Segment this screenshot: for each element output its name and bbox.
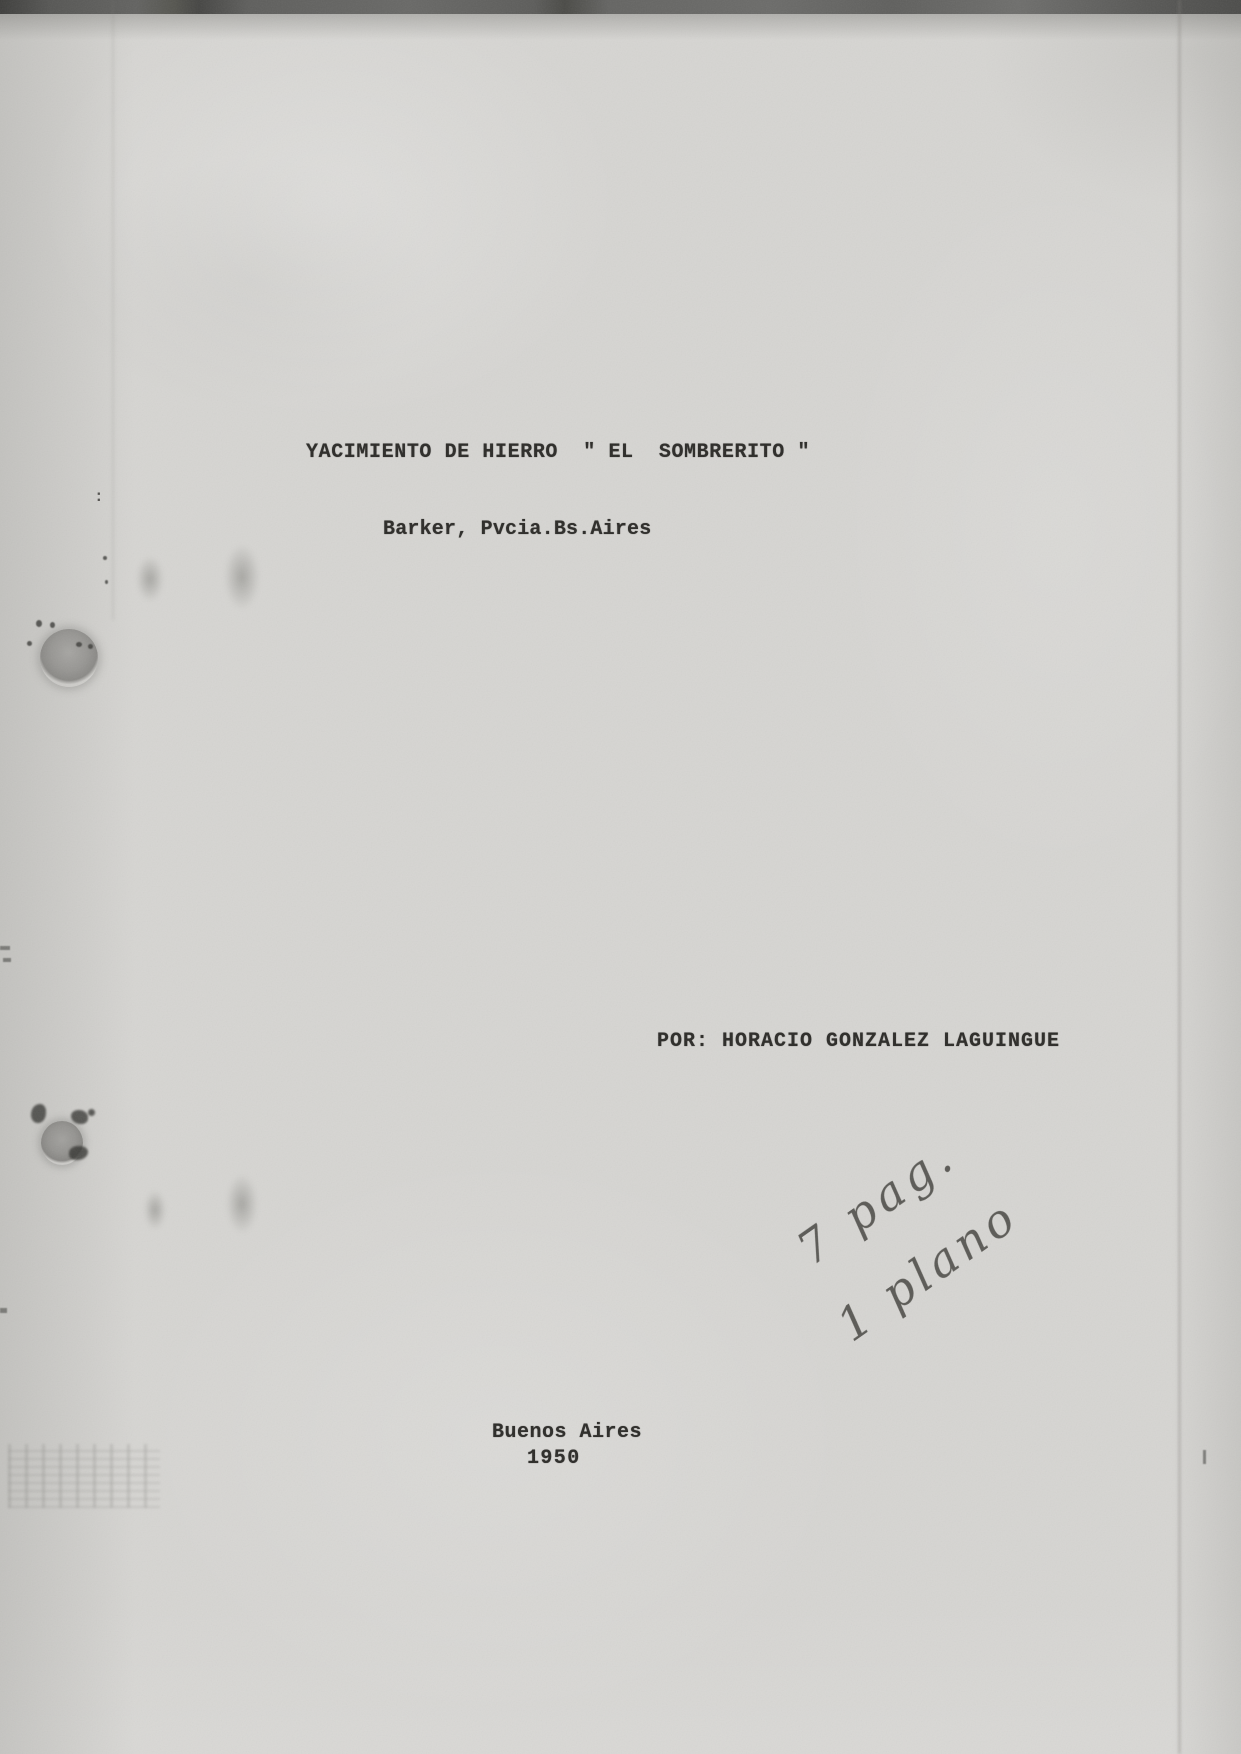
ink-speck bbox=[76, 642, 82, 647]
stray-ink-colon: : bbox=[94, 488, 104, 506]
punch-hole-top bbox=[40, 629, 98, 687]
paper-crease bbox=[112, 0, 114, 620]
ink-speck bbox=[88, 644, 93, 649]
ink-smudge bbox=[224, 544, 260, 610]
edge-mark bbox=[0, 946, 10, 950]
ink-speck bbox=[103, 556, 107, 560]
ink-blob bbox=[69, 1146, 88, 1160]
ink-speck bbox=[36, 620, 42, 627]
scan-top-edge bbox=[0, 0, 1241, 14]
ink-smudge bbox=[226, 1174, 258, 1234]
ink-smudge bbox=[144, 1190, 166, 1230]
ink-smudge bbox=[136, 556, 164, 602]
ink-blob bbox=[31, 1104, 46, 1123]
location-line: Barker, Pvcia.Bs.Aires bbox=[383, 518, 651, 541]
edge-mark bbox=[0, 1308, 7, 1313]
document-title: YACIMIENTO DE HIERRO " EL SOMBRERITO " bbox=[306, 441, 810, 464]
publication-city: Buenos Aires bbox=[492, 1421, 642, 1444]
ink-blob bbox=[88, 1109, 95, 1116]
ink-speck bbox=[50, 622, 55, 628]
ink-speck bbox=[105, 580, 108, 584]
author-line: POR: HORACIO GONZALEZ LAGUINGUE bbox=[657, 1030, 1060, 1053]
edge-mark bbox=[1203, 1450, 1206, 1464]
edge-mark bbox=[3, 958, 11, 962]
ink-speck bbox=[27, 641, 32, 646]
paper-crease bbox=[1178, 0, 1181, 1754]
publication-year: 1950 bbox=[527, 1447, 581, 1470]
paper-grain-texture bbox=[0, 0, 1241, 1754]
scanned-document-page: : YACIMIENTO DE HIERRO " EL SOMBRERITO "… bbox=[0, 0, 1241, 1754]
embossed-stamp-mark bbox=[8, 1444, 160, 1508]
ink-blob bbox=[71, 1110, 88, 1124]
